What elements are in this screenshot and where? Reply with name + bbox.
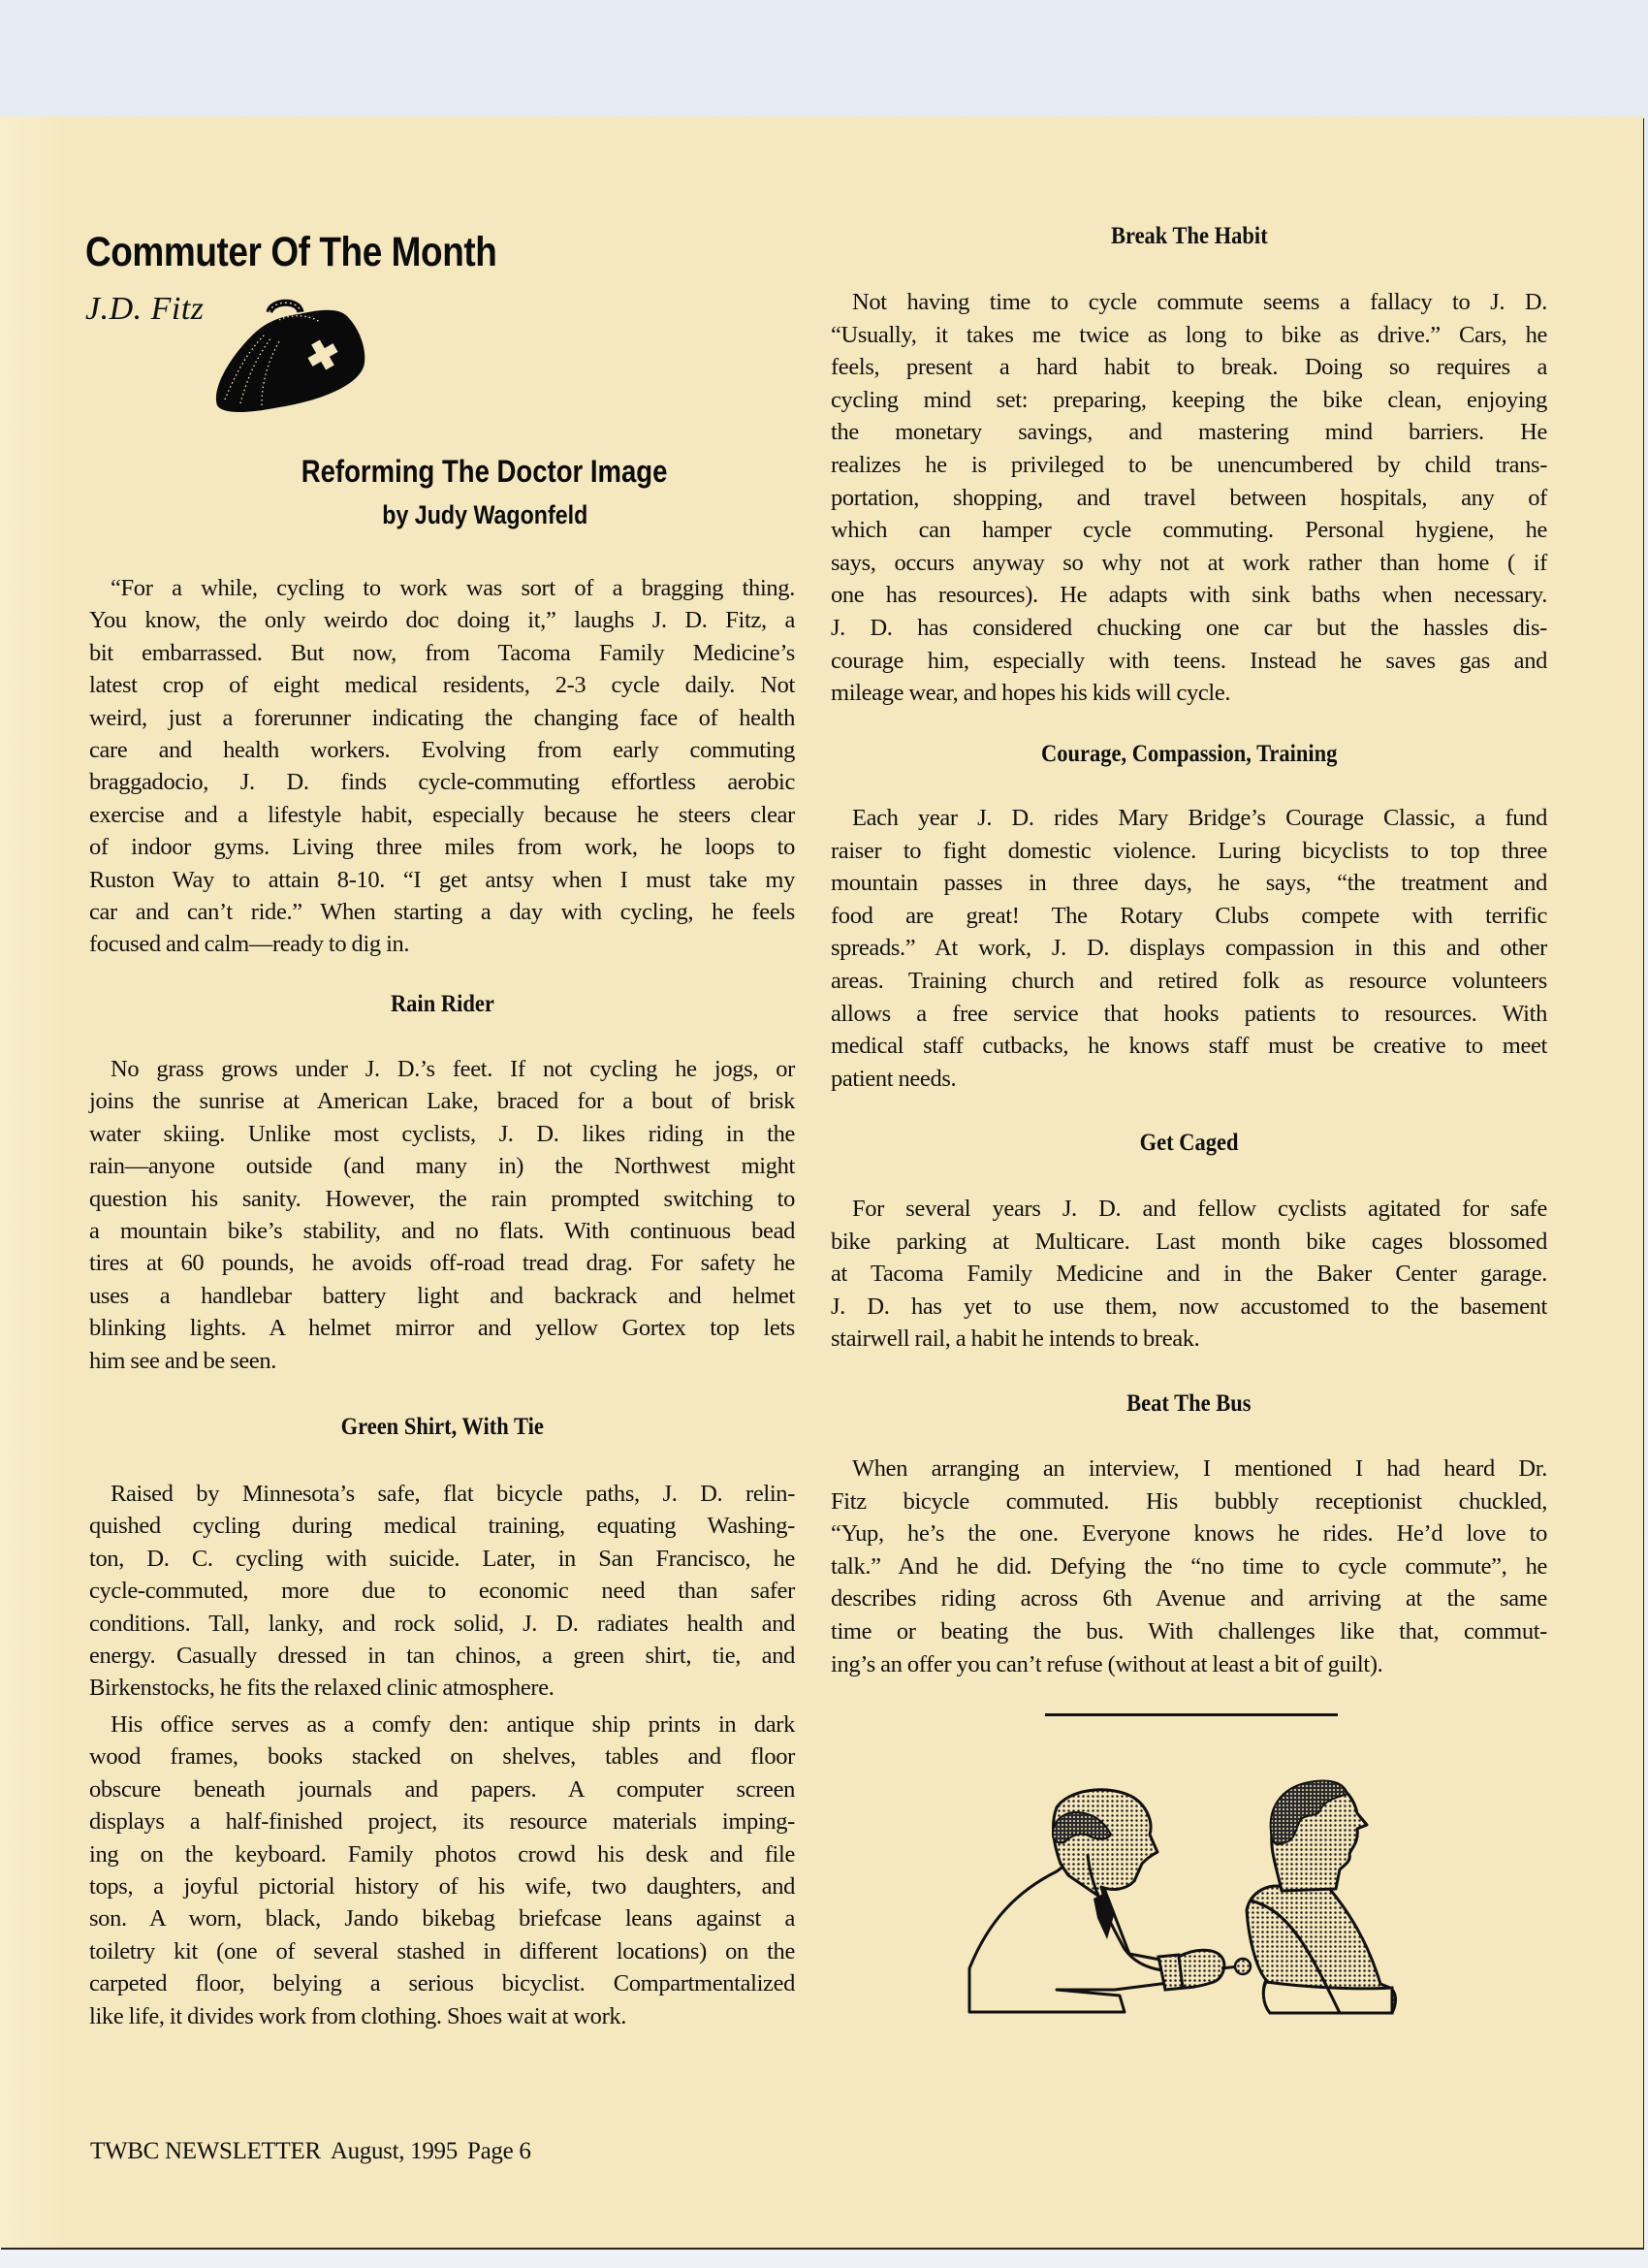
section-heading-green-shirt: Green Shirt, With Tie: [89, 1414, 795, 1441]
text-line: medical staff cutbacks, he knows staff m…: [831, 1030, 1547, 1063]
text-line: ton, D. C. cycling with suicide. Later, …: [89, 1543, 795, 1575]
text-line: For several years J. D. and fellow cycli…: [831, 1193, 1547, 1226]
green-shirt-paragraph: Raised by Minnesota’s safe, flat bicycle…: [89, 1478, 795, 1705]
text-line: wood frames, books stacked on shelves, t…: [89, 1741, 795, 1773]
text-line: conditions. Tall, lanky, and rock solid,…: [89, 1608, 795, 1640]
text-line: energy. Casually dressed in tan chinos, …: [89, 1640, 795, 1672]
text-line: question his sanity. However, the rain p…: [89, 1183, 795, 1215]
text-line: a mountain bike’s stability, and no flat…: [89, 1215, 795, 1247]
text-line: cycling mind set: preparing, keeping the…: [831, 384, 1547, 417]
text-line: time or beating the bus. With challenges…: [831, 1615, 1547, 1648]
text-line: care and health workers. Evolving from e…: [89, 734, 795, 766]
section-heading-beat-the-bus: Beat The Bus: [831, 1390, 1547, 1418]
text-line: bit embarrassed. But now, from Tacoma Fa…: [89, 637, 795, 669]
text-line: describes riding across 6th Avenue and a…: [831, 1582, 1547, 1615]
text-line: the monetary savings, and mastering mind…: [831, 416, 1547, 449]
section-heading-break-the-habit: Break The Habit: [831, 223, 1547, 250]
text-line: Each year J. D. rides Mary Bridge’s Cour…: [831, 802, 1547, 835]
text-line: tops, a joyful pictorial history of his …: [89, 1870, 795, 1902]
beat-the-bus-paragraph: When arranging an interview, I mentioned…: [831, 1453, 1547, 1680]
issue-date: August, 1995: [331, 2138, 458, 2164]
text-line: spreads.” At work, J. D. displays compas…: [831, 932, 1547, 965]
rain-rider-paragraph: No grass grows under J. D.’s feet. If no…: [89, 1053, 795, 1377]
text-line: Birkenstocks, he fits the relaxed clinic…: [89, 1672, 795, 1704]
text-line: blinking lights. A helmet mirror and yel…: [89, 1312, 795, 1344]
text-line: patient needs.: [831, 1063, 1547, 1096]
section-heading-rain-rider: Rain Rider: [89, 991, 795, 1018]
text-line: Raised by Minnesota’s safe, flat bicycle…: [89, 1478, 795, 1510]
section-heading-courage: Courage, Compassion, Training: [831, 741, 1547, 768]
text-line: stairwell rail, a habit he intends to br…: [831, 1323, 1547, 1356]
text-line: toiletry kit (one of several stashed in …: [89, 1935, 795, 1967]
text-line: allows a free service that hooks patient…: [831, 998, 1547, 1031]
section-heading-text: Green Shirt, With Tie: [340, 1414, 543, 1441]
text-line: tires at 60 pounds, he avoids off-road t…: [89, 1247, 795, 1279]
text-line: When arranging an interview, I mentioned…: [831, 1453, 1547, 1485]
break-habit-paragraph: Not having time to cycle commute seems a…: [831, 286, 1547, 710]
text-line: displays a half-finished project, its re…: [89, 1805, 795, 1837]
text-line: weird, just a forerunner indicating the …: [89, 702, 795, 734]
text-line: uses a handlebar battery light and backr…: [89, 1280, 795, 1312]
text-line: car and can’t ride.” When starting a day…: [89, 896, 795, 928]
text-line: ing’s an offer you can’t refuse (without…: [831, 1648, 1547, 1681]
section-divider: [1045, 1713, 1338, 1716]
text-line: J. D. has yet to use them, now accustome…: [831, 1291, 1547, 1324]
text-line: talk.” And he did. Defying the “no time …: [831, 1550, 1547, 1583]
text-line: “Yup, he’s the one. Everyone knows he ri…: [831, 1517, 1547, 1550]
text-line: cycle-commuted, more due to economic nee…: [89, 1575, 795, 1607]
section-heading-text: Courage, Compassion, Training: [1041, 741, 1337, 768]
section-heading-get-caged: Get Caged: [831, 1130, 1547, 1157]
text-line: raiser to fight domestic violence. Lurin…: [831, 835, 1547, 868]
text-line: feels, present a hard habit to break. Do…: [831, 351, 1547, 384]
section-heading-text: Get Caged: [1140, 1130, 1239, 1157]
text-line: portation, shopping, and travel between …: [831, 482, 1547, 515]
text-line: Ruston Way to attain 8-10. “I get antsy …: [89, 864, 795, 896]
text-line: like life, it divides work from clothing…: [89, 2000, 795, 2032]
text-line: one has resources). He adapts with sink …: [831, 579, 1547, 612]
text-line: Not having time to cycle commute seems a…: [831, 286, 1547, 319]
text-line: Fitz bicycle commuted. His bubbly recept…: [831, 1485, 1547, 1518]
text-line: You know, the only weirdo doc doing it,”…: [89, 604, 795, 636]
doctor-examining-patient-icon: [960, 1745, 1425, 2036]
text-line: ing on the keyboard. Family photos crowd…: [89, 1838, 795, 1870]
text-line: says, occurs anyway so why not at work r…: [831, 547, 1547, 580]
text-line: him see and be seen.: [89, 1345, 795, 1377]
text-line: rain—anyone outside (and many in) the No…: [89, 1150, 795, 1182]
get-caged-paragraph: For several years J. D. and fellow cycli…: [831, 1193, 1547, 1356]
text-line: of indoor gyms. Living three miles from …: [89, 831, 795, 863]
text-line: water skiing. Unlike most cyclists, J. D…: [89, 1118, 795, 1150]
text-line: His office serves as a comfy den: antiqu…: [89, 1709, 795, 1741]
page-number: Page 6: [467, 2138, 531, 2164]
text-line: son. A worn, black, Jando bikebag briefc…: [89, 1902, 795, 1934]
section-heading-text: Rain Rider: [391, 991, 494, 1018]
section-heading-text: Break The Habit: [1111, 223, 1268, 250]
publication-name: TWBC NEWSLETTER: [90, 2138, 321, 2164]
text-line: which can hamper cycle commuting. Person…: [831, 514, 1547, 547]
text-line: carpeted floor, belying a serious bicycl…: [89, 1967, 795, 1999]
text-line: latest crop of eight medical residents, …: [89, 669, 795, 701]
intro-paragraph: “For a while, cycling to work was sort o…: [89, 572, 795, 961]
text-line: “For a while, cycling to work was sort o…: [89, 572, 795, 604]
text-line: mileage wear, and hopes his kids will cy…: [831, 677, 1547, 710]
text-line: realizes he is privileged to be unencumb…: [831, 449, 1547, 482]
text-line: focused and calm—ready to dig in.: [89, 928, 795, 960]
office-paragraph: His office serves as a comfy den: antiqu…: [89, 1709, 795, 2032]
courage-paragraph: Each year J. D. rides Mary Bridge’s Cour…: [831, 802, 1547, 1095]
text-line: mountain passes in three days, he says, …: [831, 867, 1547, 900]
text-line: courage him, especially with teens. Inst…: [831, 645, 1547, 678]
text-line: J. D. has considered chucking one car bu…: [831, 612, 1547, 645]
text-line: areas. Training church and retired folk …: [831, 965, 1547, 998]
text-line: “Usually, it takes me twice as long to b…: [831, 319, 1547, 352]
text-line: No grass grows under J. D.’s feet. If no…: [89, 1053, 795, 1085]
text-line: at Tacoma Family Medicine and in the Bak…: [831, 1258, 1547, 1291]
left-column: “For a while, cycling to work was sort o…: [89, 0, 795, 2268]
text-line: braggadocio, J. D. finds cycle-commuting…: [89, 766, 795, 798]
text-line: quished cycling during medical training,…: [89, 1510, 795, 1542]
text-line: obscure beneath journals and papers. A c…: [89, 1773, 795, 1805]
text-line: joins the sunrise at American Lake, brac…: [89, 1085, 795, 1117]
text-line: exercise and a lifestyle habit, especial…: [89, 799, 795, 831]
section-heading-text: Beat The Bus: [1126, 1390, 1251, 1418]
text-line: food are great! The Rotary Clubs compete…: [831, 900, 1547, 933]
page-footer: TWBC NEWSLETTERAugust, 1995Page 6: [90, 2138, 531, 2165]
text-line: bike parking at Multicare. Last month bi…: [831, 1226, 1547, 1259]
